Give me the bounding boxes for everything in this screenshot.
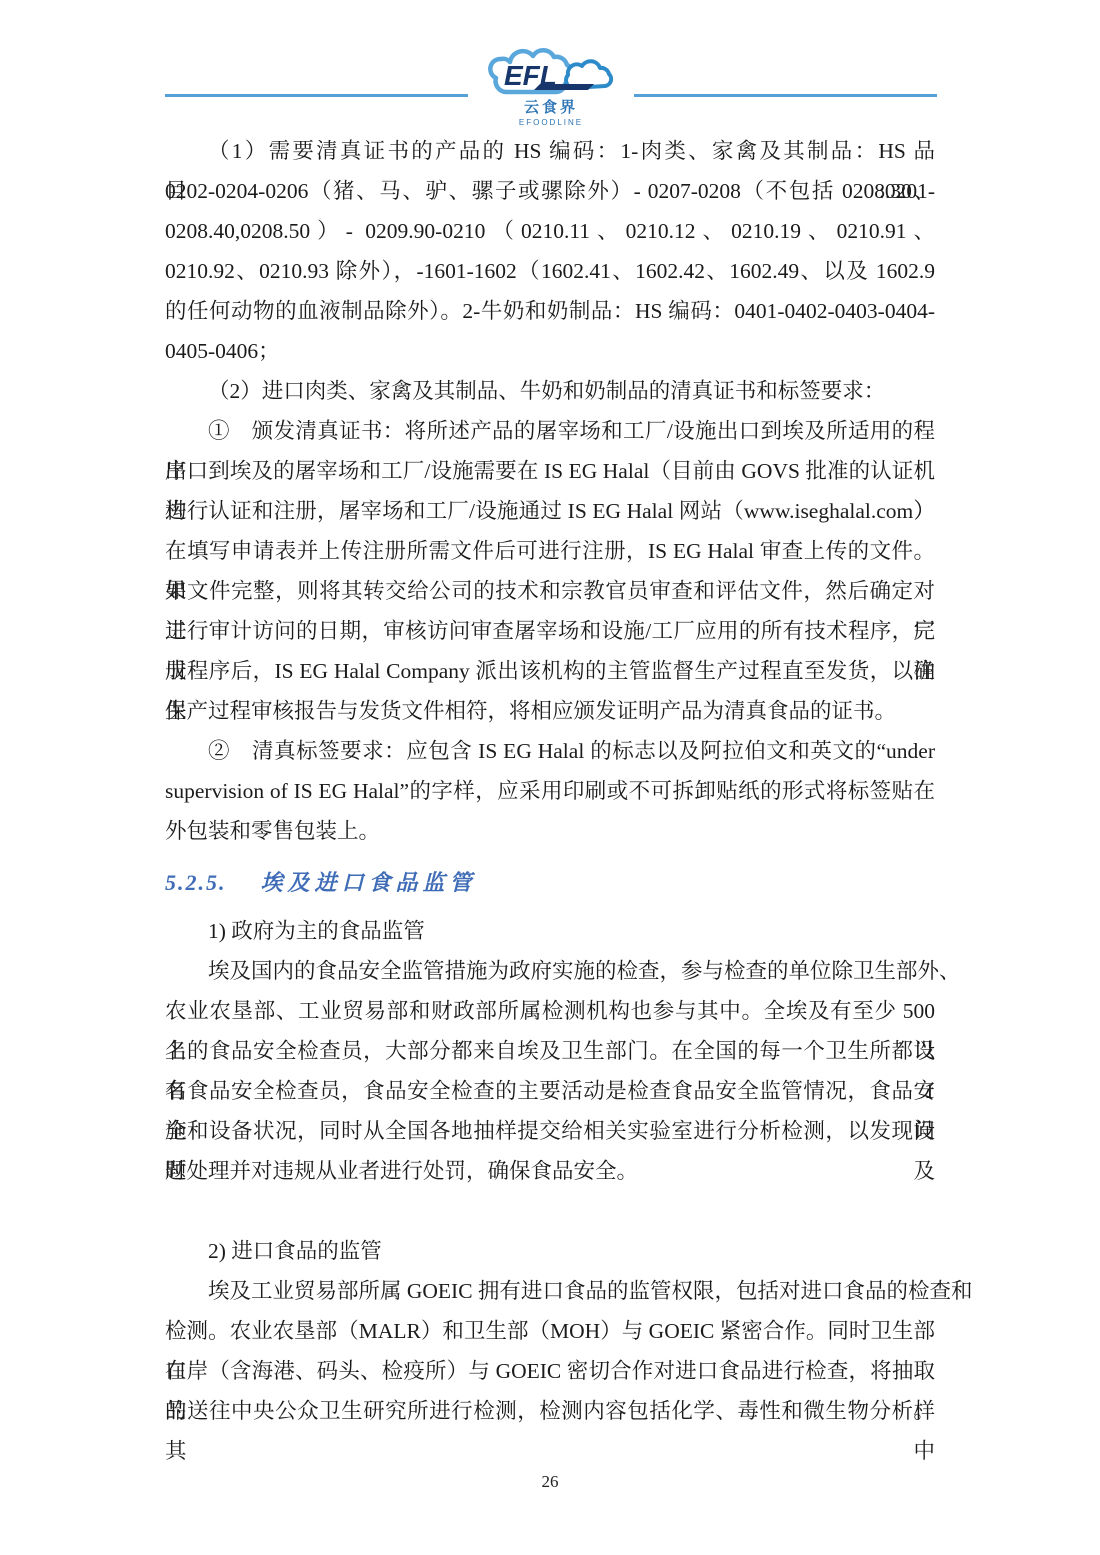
text-line: 检测。农业农垦部（MALR）和卫生部（MOH）与 GOEIC 紧密合作。同时卫生… [165,1311,935,1351]
efoodline-logo: EFL 云食界 EFOODLINE [476,48,626,133]
document-page: EFL 云食界 EFOODLINE （1）需要清真证书的产品的 HS 编码：1-… [0,0,1100,1555]
text-line: 进行审计访问的日期，审核访问审查屠宰场和设施/工厂应用的所有技术程序，完成注 [165,611,935,651]
text-line: 果文件完整，则将其转交给公司的技术和宗教官员审查和评估文件，然后确定对工厂 [165,571,935,611]
text-line: 0208.40,0208.50）‐ 0209.90-0210（0210.11、0… [165,211,935,251]
text-line: （2）进口肉类、家禽及其制品、牛奶和奶制品的清真证书和标签要求： [165,371,935,411]
text-line: 埃及工业贸易部所属 GOEIC 拥有进口食品的监管权限，包括对进口食品的检查和 [165,1271,935,1311]
cloud-logo-icon: EFL [476,48,626,100]
header-rule-left [165,94,468,97]
text-line: 0210.92、0210.93 除外），-1601-1602（1602.41、1… [165,251,935,291]
text-line: 0405-0406； [165,331,935,371]
text-line: supervision of IS EG Halal”的字样，应采用印刷或不可拆… [165,771,935,811]
section-number: 5.2.5. [165,870,227,895]
text-line: 出口到埃及的屠宰场和工厂/设施需要在 IS EG Halal（目前由 GOVS … [165,451,935,491]
text-line: 进行认证和注册，屠宰场和工厂/设施通过 IS EG Halal 网站（www.i… [165,491,935,531]
logo-name-en: EFOODLINE [519,117,583,128]
blank-line [165,1191,935,1231]
section-heading: 5.2.5.埃及进口食品监管 [165,863,935,903]
page-footer: 26 [0,1472,1100,1492]
text-line: 的任何动物的血液制品除外）。2-牛奶和奶制品：HS 编码：0401-0402-0… [165,291,935,331]
text-line: 口岸（含海港、码头、检疫所）与 GOEIC 密切合作对进口食品进行检查，将抽取的… [165,1351,935,1391]
text-line: ① 颁发清真证书：将所述产品的屠宰场和工厂/设施出口到埃及所适用的程序： [165,411,935,451]
text-line: 名食品安全检查员，食品安全检查的主要活动是检查食品安全监管情况，食品安全设 [165,1071,935,1111]
document-body: （1）需要清真证书的产品的 HS 编码：1-肉类、家禽及其制品：HS 品目:02… [165,131,935,1431]
page-number: 26 [542,1472,559,1492]
page-header: EFL 云食界 EFOODLINE [165,48,937,133]
text-line: 品送往中央公众卫生研究所进行检测，检测内容包括化学、毒性和微生物分析。其中 [165,1391,935,1431]
text-line: 在填写申请表并上传注册所需文件后可进行注册，IS EG Halal 审查上传的文… [165,531,935,571]
header-rule-right [634,94,937,97]
text-line: 生产过程审核报告与发货文件相符，将相应颁发证明产品为清真食品的证书。 [165,691,935,731]
logo-name-cn: 云食界 [524,100,578,117]
section-title: 埃及进口食品监管 [261,870,477,895]
text-line: 埃及国内的食品安全监管措施为政府实施的检查，参与检查的单位除卫生部外、 [165,951,935,991]
text-line: （1）需要清真证书的产品的 HS 编码：1-肉类、家禽及其制品：HS 品目:02… [165,131,935,171]
text-line: 册程序后，IS EG Halal Company 派出该机构的主管监督生产过程直… [165,651,935,691]
text-line: ② 清真标签要求：应包含 IS EG Halal 的标志以及阿拉伯文和英文的“u… [165,731,935,771]
text-line: 0202-0204-0206（猪、马、驴、骡子或骡除外）‐ 0207-0208（… [165,171,935,211]
text-line: 2) 进口食品的监管 [165,1231,935,1271]
text-line: 农业农垦部、工业贸易部和财政部所属检测机构也参与其中。全埃及有至少 500 名以 [165,991,935,1031]
text-line: 上的食品安全检查员，大部分都来自埃及卫生部门。在全国的每一个卫生所都设有 1 [165,1031,935,1071]
text-line: 施和设备状况，同时从全国各地抽样提交给相关实验室进行分析检测，以发现问题及 [165,1111,935,1151]
text-line: 外包装和零售包装上。 [165,811,935,851]
text-line: 1) 政府为主的食品监管 [165,911,935,951]
